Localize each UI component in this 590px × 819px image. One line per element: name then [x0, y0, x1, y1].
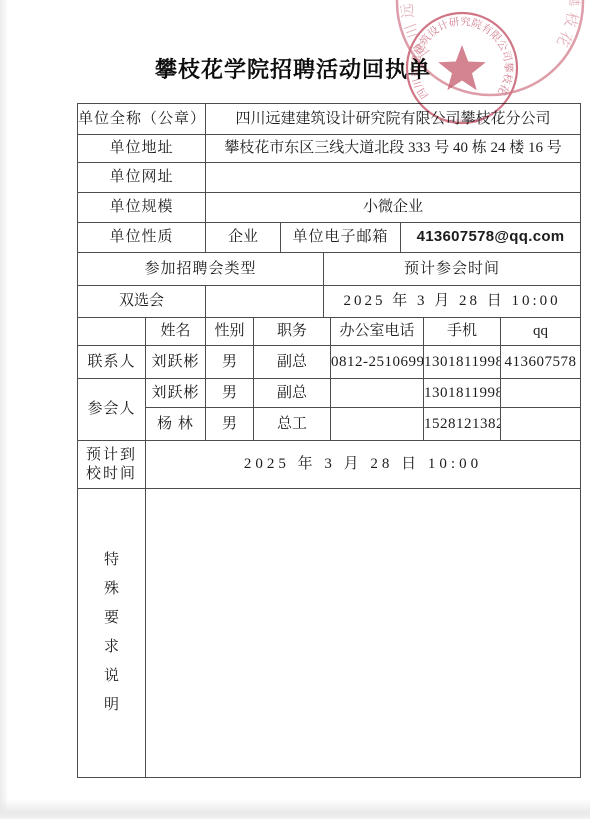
attendee-mobile: 13018119988 — [424, 379, 501, 408]
scale-label: 单位规模 — [78, 193, 206, 223]
special-requirements-label: 特 殊 要 求 说 明 — [78, 489, 146, 778]
email-label: 单位电子邮箱 — [281, 223, 401, 253]
arrival-time-value: 2025 年 3 月 28 日 10:00 — [146, 441, 581, 489]
arrival-time-label: 预计到校时间 — [78, 441, 146, 489]
attendee-qq — [501, 408, 581, 441]
nature-label: 单位性质 — [78, 223, 206, 253]
table-row: 单位地址 攀枝花市东区三线大道北段 333 号 40 栋 24 楼 16 号 — [78, 135, 581, 163]
attendee-position: 总工 — [254, 408, 331, 441]
contact-row: 联系人 刘跃彬 男 副总 0812-2510699 13018119988 41… — [78, 346, 581, 379]
contact-label: 联系人 — [78, 346, 146, 379]
table-row: 双选会 2025 年 3 月 28 日 10:00 — [78, 286, 581, 318]
company-name-label: 单位全称（公章） — [78, 104, 206, 135]
table-row: 单位性质 企业 单位电子邮箱 413607578@qq.com — [78, 223, 581, 253]
header-position: 职务 — [254, 318, 331, 346]
receipt-form-table: 单位全称（公章） 四川远建建筑设计研究院有限公司攀枝花分公司 单位地址 攀枝花市… — [77, 103, 581, 778]
attendee-office-phone — [331, 379, 424, 408]
attendee-label: 参会人 — [78, 379, 146, 441]
table-row: 特 殊 要 求 说 明 — [78, 489, 581, 778]
fair-type-label: 参加招聘会类型 — [78, 253, 324, 286]
arrival-label-line1: 预计到 — [78, 446, 145, 465]
attendee-position: 副总 — [254, 379, 331, 408]
fair-type-value: 双选会 — [78, 286, 206, 318]
contact-qq: 413607578 — [501, 346, 581, 379]
address-value: 攀枝花市东区三线大道北段 333 号 40 栋 24 楼 16 号 — [206, 135, 581, 163]
attendee-row: 参会人 刘跃彬 男 副总 13018119988 — [78, 379, 581, 408]
header-office-phone: 办公室电话 — [331, 318, 424, 346]
attendee-office-phone — [331, 408, 424, 441]
table-row: 预计到校时间 2025 年 3 月 28 日 10:00 — [78, 441, 581, 489]
table-row: 单位规模 小微企业 — [78, 193, 581, 223]
address-label: 单位地址 — [78, 135, 206, 163]
attendee-gender: 男 — [206, 379, 254, 408]
header-qq: qq — [501, 318, 581, 346]
contact-header-empty-cell — [78, 318, 146, 346]
seal-company-text: 四川远建建筑设计研究院有限公司攀枝花分公司 — [375, 0, 515, 101]
header-gender: 性别 — [206, 318, 254, 346]
scan-edge-left — [0, 0, 7, 819]
attendee-mobile: 15281213828 — [424, 408, 501, 441]
header-name: 姓名 — [146, 318, 206, 346]
attendee-qq — [501, 379, 581, 408]
page-title: 攀枝花学院招聘活动回执单 — [0, 53, 586, 84]
meet-time-label: 预计参会时间 — [324, 253, 581, 286]
header-mobile: 手机 — [424, 318, 501, 346]
special-requirements-value — [146, 489, 581, 778]
company-name-value: 四川远建建筑设计研究院有限公司攀枝花分公司 — [206, 104, 581, 135]
nature-value: 企业 — [206, 223, 281, 253]
attendee-gender: 男 — [206, 408, 254, 441]
contact-header-row: 姓名 性别 职务 办公室电话 手机 qq — [78, 318, 581, 346]
arrival-label-line2: 校时间 — [78, 465, 145, 484]
scan-edge-bottom — [0, 799, 590, 819]
website-label: 单位网址 — [78, 163, 206, 193]
contact-gender: 男 — [206, 346, 254, 379]
table-row: 单位全称（公章） 四川远建建筑设计研究院有限公司攀枝花分公司 — [78, 104, 581, 135]
contact-office-phone: 0812-2510699 — [331, 346, 424, 379]
fair-type-empty-cell — [206, 286, 324, 318]
contact-name: 刘跃彬 — [146, 346, 206, 379]
table-row: 参加招聘会类型 预计参会时间 — [78, 253, 581, 286]
contact-mobile: 13018119988 — [424, 346, 501, 379]
meet-time-value: 2025 年 3 月 28 日 10:00 — [324, 286, 581, 318]
attendee-name: 杨 林 — [146, 408, 206, 441]
email-value: 413607578@qq.com — [401, 223, 581, 253]
website-value — [206, 163, 581, 193]
attendee-name: 刘跃彬 — [146, 379, 206, 408]
table-row: 单位网址 — [78, 163, 581, 193]
contact-position: 副总 — [254, 346, 331, 379]
seal-outer-text: 四川远建建筑设计研究院有限公司攀枝花分公司 — [375, 0, 582, 60]
attendee-row: 杨 林 男 总工 15281213828 — [78, 408, 581, 441]
scale-value: 小微企业 — [206, 193, 581, 223]
